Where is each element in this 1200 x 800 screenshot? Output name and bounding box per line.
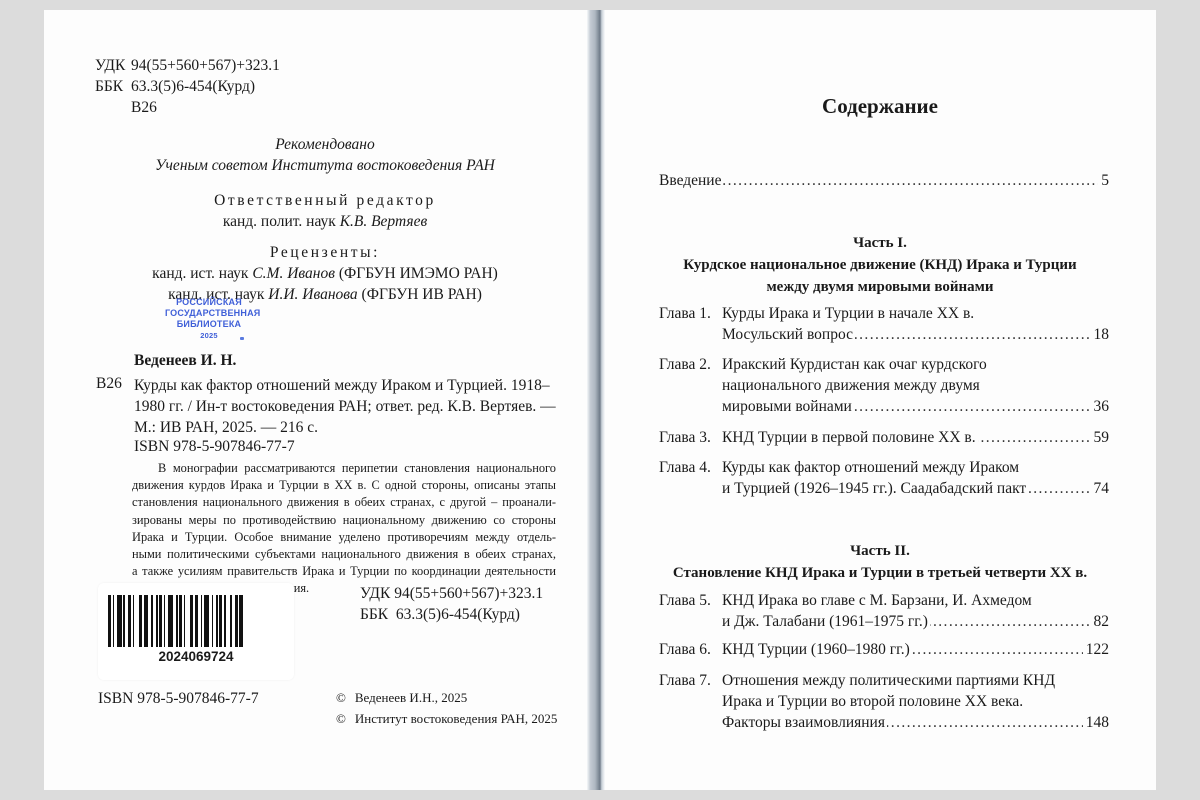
part-number: Часть II. — [605, 540, 1155, 562]
stamp-line: РОССИЙСКАЯ — [165, 297, 253, 308]
footer-classification: УДК 94(55+560+567)+323.1 ББК 63.3(5)6-45… — [360, 583, 543, 625]
reviewer-org: (ФГБУН ИВ РАН) — [358, 286, 482, 303]
toc-entry-title: КНД Ирака во главе с М. Барзани, И. Ахме… — [722, 590, 1109, 611]
toc-entry-title: КНД Турции в первой половине XX в. — [722, 429, 978, 446]
toc-entry[interactable]: Глава 5.КНД Ирака во главе с М. Барзани,… — [659, 590, 1109, 632]
chapter-label: Глава 7. — [659, 670, 711, 691]
reviewer-name: И.И. Иванова — [268, 286, 357, 303]
toc-entry-title: Курды Ирака и Турции в начале XX в. — [722, 303, 1109, 324]
copyright-icon: © — [336, 690, 346, 705]
reviewers-block: Рецензенты: канд. ист. наук С.М. Иванов … — [100, 242, 550, 305]
toc-page-number: 36 — [1091, 396, 1110, 417]
toc-page-number: 148 — [1083, 712, 1109, 733]
barcode-label: 2024069724 — [98, 583, 294, 680]
toc-entry[interactable]: Введение5 — [659, 170, 1109, 191]
abstract-line: движения курдов Ирака и Турции в XX в. С… — [132, 477, 556, 494]
copyright-line: ©Веденеев И.Н., 2025 — [336, 690, 467, 706]
barcode-number: 2024069724 — [98, 649, 294, 664]
toc-entry-title: Иракский Курдистан как очаг курдского — [722, 354, 1109, 375]
reviewer-degree: канд. ист. наук — [152, 265, 252, 282]
bbk-label: ББК — [95, 76, 131, 97]
toc-entry[interactable]: Глава 3.КНД Турции в первой половине XX … — [659, 427, 1109, 448]
chapter-label: Глава 6. — [659, 639, 711, 660]
toc-entry-title: КНД Турции (1960–1980 гг.) — [722, 641, 912, 658]
recommendation-line: Рекомендовано — [100, 134, 550, 155]
toc-entry-title: Ирака и Турции во второй половине XX век… — [722, 691, 1109, 712]
record-line: 1980 гг. / Ин-т востоковедения РАН; отве… — [134, 396, 564, 417]
stamp-line: ГОСУДАРСТВЕННАЯ — [165, 308, 253, 319]
copyright-text: Институт востоковедения РАН, 2025 — [355, 711, 558, 726]
toc-page-number: 74 — [1091, 478, 1110, 499]
record-description: Курды как фактор отношений между Ираком … — [134, 375, 564, 438]
chapter-label: Глава 4. — [659, 457, 711, 478]
toc-entry-title: национального движения между двумя — [722, 375, 1109, 396]
part-heading: Часть I.Курдское национальное движение (… — [605, 232, 1155, 298]
part-title-line: между двумя мировыми войнами — [605, 276, 1155, 298]
abstract-line: Ирака и Турции. Особое внимание уделено … — [132, 529, 556, 546]
library-stamp: РОССИЙСКАЯ ГОСУДАРСТВЕННАЯ БИБЛИОТЕКА 20… — [165, 297, 253, 341]
reviewer-name: С.М. Иванов — [252, 265, 335, 282]
toc-page-number: 122 — [1083, 639, 1109, 660]
toc-entry-title: Мосульский вопрос — [722, 326, 855, 343]
abstract-line: ными политическими субъектами национальн… — [132, 546, 556, 563]
toc-entry-title: Факторы взаимовлияния — [722, 714, 887, 731]
toc-entry[interactable]: Глава 4.Курды как фактор отношений между… — [659, 457, 1109, 499]
record-isbn: ISBN 978-5-907846-77-7 — [134, 438, 295, 456]
reviewers-heading: Рецензенты: — [100, 242, 550, 263]
toc-page-number: 5 — [1098, 170, 1109, 191]
toc-entry-title: Курды как фактор отношений между Ираком — [722, 457, 1109, 478]
toc-entry[interactable]: Глава 2.Иракский Курдистан как очаг курд… — [659, 354, 1109, 417]
toc-entry-title: Введение — [659, 172, 723, 189]
toc-page-number: 82 — [1091, 611, 1110, 632]
record-author: Веденеев И. Н. — [134, 352, 236, 370]
record-line: Курды как фактор отношений между Ираком … — [134, 375, 564, 396]
record-line: М.: ИВ РАН, 2025. — 216 с. — [134, 417, 564, 438]
part-number: Часть I. — [605, 232, 1155, 254]
book-spine — [587, 10, 605, 790]
udk-value: 94(55+560+567)+323.1 — [131, 55, 280, 76]
footer-bbk: ББК 63.3(5)6-454(Курд) — [360, 604, 543, 625]
chapter-label: Глава 1. — [659, 303, 711, 324]
copyright-icon: © — [336, 711, 346, 726]
author-mark: В26 — [131, 97, 157, 118]
toc-page-number: 59 — [1091, 427, 1110, 448]
toc-entry-title: и Турцией (1926–1945 гг.). Саадабадский … — [722, 480, 1028, 497]
stamp-line: БИБЛИОТЕКА — [165, 319, 253, 330]
abstract-line: а также усилиям правительств Ирака и Тур… — [132, 563, 556, 580]
recommendation-line: Ученым советом Института востоковедения … — [100, 155, 550, 176]
part-title-line: Курдское национальное движение (КНД) Ира… — [605, 254, 1155, 276]
classification-block: УДК94(55+560+567)+323.1 ББК63.3(5)6-454(… — [95, 55, 280, 118]
stamp-mark-icon — [240, 337, 244, 340]
editor-block: Ответственный редактор канд. полит. наук… — [100, 190, 550, 232]
barcode-icon — [108, 595, 288, 647]
udk-label: УДК — [95, 55, 131, 76]
chapter-label: Глава 5. — [659, 590, 711, 611]
recommendation: Рекомендовано Ученым советом Института в… — [100, 134, 550, 176]
footer-udk: УДК 94(55+560+567)+323.1 — [360, 583, 543, 604]
abstract-line: В монографии рассматриваются перипетии с… — [132, 460, 556, 477]
chapter-label: Глава 2. — [659, 354, 711, 375]
reviewer-org: (ФГБУН ИМЭМО РАН) — [335, 265, 498, 282]
toc-entry-title: и Дж. Талабани (1961–1975 гг.) — [722, 613, 930, 630]
part-heading: Часть II.Становление КНД Ирака и Турции … — [605, 540, 1155, 584]
editor-degree: канд. полит. наук — [223, 213, 340, 230]
editor-heading: Ответственный редактор — [100, 190, 550, 211]
abstract-line: зированы меры по противодействию национа… — [132, 512, 556, 529]
copyright-text: Веденеев И.Н., 2025 — [355, 690, 467, 705]
chapter-label: Глава 3. — [659, 427, 711, 448]
toc-entry-title: мировыми войнами — [722, 398, 854, 415]
bbk-value: 63.3(5)6-454(Курд) — [131, 76, 255, 97]
toc-entry-title: Отношения между политическими партиями К… — [722, 670, 1109, 691]
copyright-line: ©Институт востоковедения РАН, 2025 — [336, 711, 557, 727]
abstract-line: становления национального движения в обе… — [132, 494, 556, 511]
toc-entry[interactable]: Глава 6.КНД Турции (1960–1980 гг.)122 — [659, 639, 1109, 660]
record-code: В26 — [96, 375, 122, 393]
part-title-line: Становление КНД Ирака и Турции в третьей… — [605, 562, 1155, 584]
reviewer-item: канд. ист. наук С.М. Иванов (ФГБУН ИМЭМО… — [100, 263, 550, 284]
isbn-bottom: ISBN 978-5-907846-77-7 — [98, 690, 259, 708]
toc-entry[interactable]: Глава 7.Отношения между политическими па… — [659, 670, 1109, 733]
toc-entry[interactable]: Глава 1.Курды Ирака и Турции в начале XX… — [659, 303, 1109, 345]
abstract: В монографии рассматриваются перипетии с… — [132, 460, 556, 598]
toc-page-number: 18 — [1091, 324, 1110, 345]
toc-title: Содержание — [605, 94, 1155, 119]
editor-name: К.В. Вертяев — [340, 213, 427, 230]
